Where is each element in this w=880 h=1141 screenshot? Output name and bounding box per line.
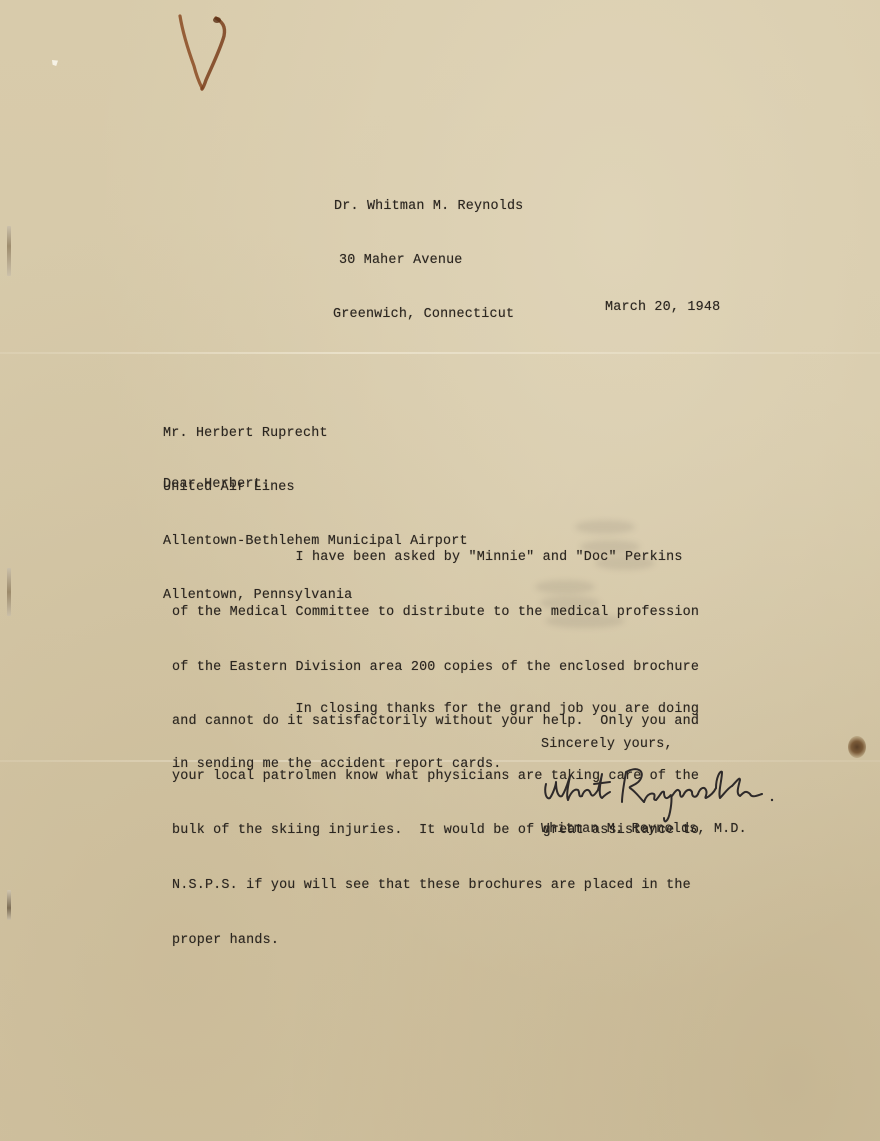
letterhead: Dr. Whitman M. Reynolds 30 Maher Avenue … [334, 162, 523, 360]
signer-name: Whitman M. Reynolds, M.D. [541, 821, 747, 839]
letterhead-name: Dr. Whitman M. Reynolds [334, 198, 523, 216]
body-line: of the Medical Committee to distribute t… [172, 604, 699, 622]
staple-hole-mark [7, 890, 11, 920]
body-line: N.S.P.S. if you will see that these broc… [172, 877, 699, 895]
letterhead-street: 30 Maher Avenue [334, 252, 523, 270]
letter-page: Dr. Whitman M. Reynolds 30 Maher Avenue … [0, 0, 880, 1141]
staple-hole-mark [7, 568, 11, 616]
salutation: Dear Herbert: [163, 476, 270, 494]
handwritten-signature [540, 762, 780, 828]
body-line: proper hands. [172, 932, 699, 950]
paper-tear-mark [52, 60, 58, 66]
closing: Sincerely yours, [541, 736, 673, 754]
letter-date: March 20, 1948 [605, 299, 720, 317]
staple-hole-mark [7, 226, 11, 276]
body-line: I have been asked by "Minnie" and "Doc" … [172, 549, 699, 567]
letterhead-city: Greenwich, Connecticut [333, 306, 523, 324]
body-line: In closing thanks for the grand job you … [172, 701, 699, 719]
rust-stain-mark [176, 14, 236, 94]
ink-spot-mark [848, 736, 866, 758]
recipient-name: Mr. Herbert Ruprecht [163, 425, 468, 443]
